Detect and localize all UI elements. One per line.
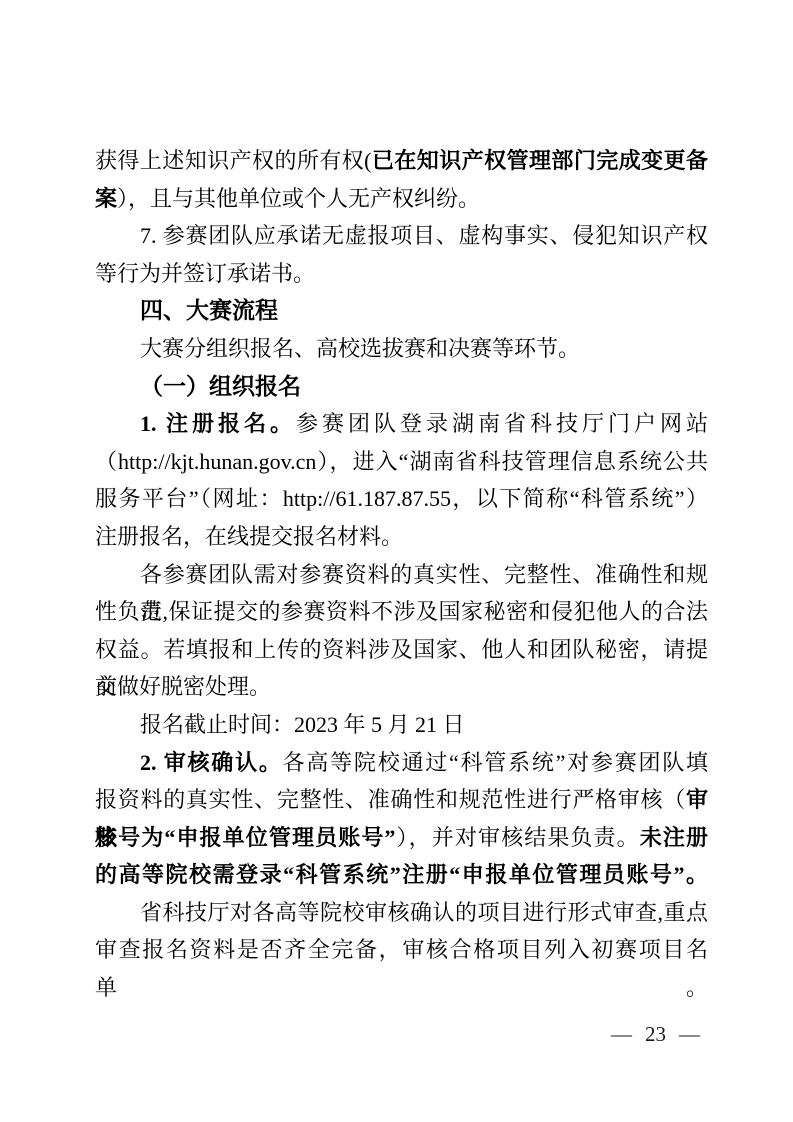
text-segment: 四、大赛流程 (140, 297, 278, 323)
page-number: 23 (645, 1022, 666, 1046)
text-line: 审查报名资料是否齐全完备，审核合格项目列入初赛项目名单。 (95, 931, 708, 969)
text-segment: ），并对审核结果负责。 (395, 825, 639, 850)
text-segment: （http://kjt.hunan.gov.cn），进入“湖南省科技管理信息系统… (95, 449, 708, 474)
text-segment: （一）组织报名 (140, 374, 301, 399)
page-number-dash-left: — (611, 1022, 632, 1046)
text-line: 各参赛团队需对参赛资料的真实性、完整性、准确性和规范 (95, 556, 708, 594)
text-segment: 前做好脱密处理。 (95, 674, 271, 699)
text-line: 性负责,保证提交的参赛资料不涉及国家秘密和侵犯他人的合法 (95, 593, 708, 631)
text-line: 权益。若填报和上传的资料涉及国家、他人和团队秘密，请提交 (95, 631, 708, 669)
text-segment: 2. 审核确认。 (140, 750, 283, 775)
text-line: 四、大赛流程 (95, 292, 708, 330)
document-page: 获得上述知识产权的所有权(已在知识产权管理部门完成变更备案），且与其他单位或个人… (0, 0, 793, 1122)
text-line: 账号为“申报单位管理员账号”），并对审核结果负责。未注册 (95, 819, 708, 857)
text-segment: 未注册 (640, 825, 708, 850)
text-line: 省科技厅对各高等院校审核确认的项目进行形式审查,重点 (95, 894, 708, 932)
text-segment: 的高等院校需登录“科管系统”注册“申报单位管理员账号”。 (95, 862, 708, 887)
text-segment: 报资料的真实性、完整性、准确性和规范性进行严格审核（ (95, 787, 686, 812)
text-line: 大赛分组织报名、高校选拔赛和决赛等环节。 (95, 330, 708, 368)
text-segment: 注册报名，在线提交报名材料。 (95, 524, 403, 549)
text-line: 案），且与其他单位或个人无产权纠纷。 (95, 180, 708, 218)
text-segment: 7. 参赛团队应承诺无虚报项目、虚构事实、侵犯知识产权 (140, 223, 708, 248)
text-segment: 账号为“申报单位管理员账号” (95, 825, 395, 850)
text-segment: ），且与其他单位或个人无产权纠纷。 (117, 186, 480, 211)
text-segment: 1. 注册报名。 (140, 411, 296, 436)
document-body: 获得上述知识产权的所有权(已在知识产权管理部门完成变更备案），且与其他单位或个人… (95, 142, 708, 969)
text-line: 前做好脱密处理。 (95, 668, 708, 706)
text-line: 的高等院校需登录“科管系统”注册“申报单位管理员账号”。 (95, 856, 708, 894)
text-segment: 等行为并签订承诺书。 (95, 261, 315, 286)
text-line: 1. 注册报名。参赛团队登录湖南省科技厅门户网站 (95, 405, 708, 443)
text-segment: 各高等院校通过“科管系统”对参赛团队填 (283, 750, 708, 775)
text-line: 2. 审核确认。各高等院校通过“科管系统”对参赛团队填 (95, 744, 708, 782)
text-line: 报资料的真实性、完整性、准确性和规范性进行严格审核（审核 (95, 781, 708, 819)
page-footer: —23— (611, 1022, 700, 1046)
page-number-dash-right: — (679, 1022, 700, 1046)
text-segment: 服务平台”（网址：http://61.187.87.55，以下简称“科管系统”） (95, 486, 708, 511)
text-line: 等行为并签订承诺书。 (95, 255, 708, 293)
text-segment: 参赛团队登录湖南省科技厅门户网站 (296, 411, 708, 436)
text-segment: 大赛分组织报名、高校选拔赛和决赛等环节。 (140, 336, 580, 361)
text-line: 服务平台”（网址：http://61.187.87.55，以下简称“科管系统”） (95, 480, 708, 518)
text-line: （http://kjt.hunan.gov.cn），进入“湖南省科技管理信息系统… (95, 443, 708, 481)
text-segment: 获得上述知识产权的所有权( (95, 148, 372, 173)
text-segment: 审查报名资料是否齐全完备，审核合格项目列入初赛项目名单。 (95, 937, 708, 1000)
text-line: 获得上述知识产权的所有权(已在知识产权管理部门完成变更备 (95, 142, 708, 180)
text-line: 报名截止时间：2023 年 5 月 21 日 (95, 706, 708, 744)
text-line: 注册报名，在线提交报名材料。 (95, 518, 708, 556)
text-segment: 报名截止时间：2023 年 5 月 21 日 (140, 712, 465, 737)
text-line: （一）组织报名 (95, 368, 708, 406)
text-segment: 案 (95, 186, 117, 211)
text-segment: 已在知识产权管理部门完成变更备 (372, 148, 708, 173)
text-segment: 省科技厅对各高等院校审核确认的项目进行形式审查,重点 (140, 900, 708, 925)
text-line: 7. 参赛团队应承诺无虚报项目、虚构事实、侵犯知识产权 (95, 217, 708, 255)
text-segment: 性负责,保证提交的参赛资料不涉及国家秘密和侵犯他人的合法 (95, 599, 708, 624)
